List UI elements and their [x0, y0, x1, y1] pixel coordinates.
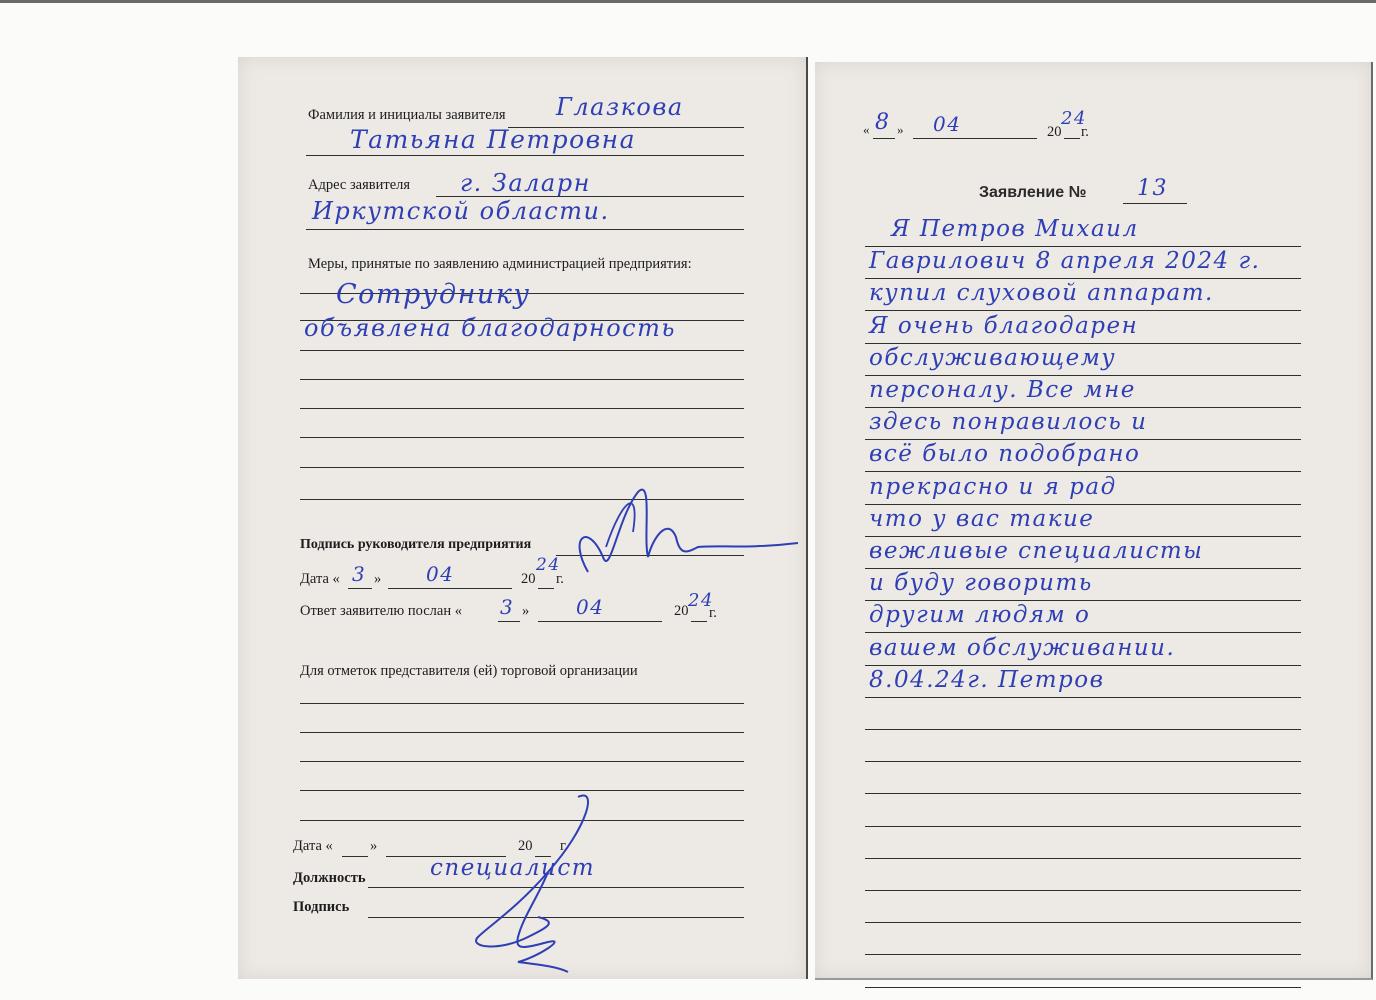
applicant-name-label: Фамилия и инициалы заявителя	[308, 107, 506, 124]
right-date-day-line	[873, 138, 895, 139]
applicant-address-label: Адрес заявителя	[308, 177, 410, 194]
statement-handwritten-line: здесь понравилось и	[869, 409, 1147, 435]
statement-ruled-line	[865, 471, 1301, 472]
right-date-year-suffix: г.	[1081, 124, 1089, 141]
statement-handwritten-line: купил слуховой аппарат.	[869, 280, 1214, 306]
measures-line-7	[300, 467, 744, 468]
statement-ruled-line	[865, 890, 1301, 891]
position-label: Должность	[293, 870, 366, 887]
reply-year-prefix: 20	[674, 603, 689, 620]
statement-handwritten-line: обслуживающему	[869, 345, 1116, 371]
date-label: Дата «	[300, 571, 340, 588]
statement-handwritten-line: персоналу. Все мне	[869, 377, 1136, 403]
reply-quote-close: »	[522, 603, 529, 620]
applicant-name-line-2	[306, 155, 744, 156]
date-year-prefix: 20	[521, 571, 536, 588]
date-month-line	[388, 588, 512, 589]
statement-title: Заявление №	[979, 184, 1086, 202]
statement-ruled-line	[865, 310, 1301, 311]
reply-day-handwriting: 3	[500, 595, 514, 619]
right-date-year-prefix: 20	[1047, 124, 1062, 141]
statement-handwritten-line: что у вас такие	[869, 506, 1094, 532]
manager-signature-label: Подпись руководителя предприятия	[300, 537, 531, 553]
reply-month-line	[538, 621, 662, 622]
statement-handwritten-line: вежливые специалисты	[869, 538, 1203, 564]
measures-line-5	[300, 408, 744, 409]
date-day-handwriting: 3	[352, 562, 366, 586]
bottom-date-label: Дата «	[293, 838, 333, 855]
date-quote-close: »	[374, 571, 381, 588]
statement-handwritten-line: Я очень благодарен	[869, 313, 1138, 339]
right-date-month-handwriting: 04	[933, 112, 961, 136]
right-date-month-line	[913, 138, 1037, 139]
signature-label: Подпись	[293, 899, 349, 916]
statement-number-handwriting: 13	[1137, 176, 1168, 201]
right-date-quote-open: «	[863, 122, 870, 138]
statement-handwritten-line: Гаврилович 8 апреля 2024 г.	[869, 248, 1260, 274]
statement-handwritten-line: прекрасно и я рад	[869, 474, 1117, 500]
representative-signature-scribble	[448, 787, 608, 987]
applicant-firstname-handwriting: Татьяна Петровна	[350, 125, 636, 154]
reply-day-line	[498, 621, 520, 622]
statement-ruled-line	[865, 761, 1301, 762]
rep-notes-line-2	[300, 732, 744, 733]
statement-handwritten-line: 8.04.24г. Петров	[869, 667, 1104, 693]
date-year-suffix: г.	[556, 571, 564, 588]
statement-handwritten-line: и буду говорить	[869, 570, 1093, 596]
manager-signature-scribble	[548, 477, 808, 587]
statement-ruled-line	[865, 632, 1301, 633]
right-date-day-handwriting: 8	[875, 110, 891, 135]
statement-ruled-line	[865, 987, 1301, 988]
applicant-surname-handwriting: Глазкова	[556, 93, 684, 121]
rep-notes-line-1	[300, 703, 744, 704]
rep-notes-line-3	[300, 761, 744, 762]
measures-line-3	[300, 350, 744, 351]
left-page: Фамилия и инициалы заявителя Глазкова Та…	[238, 57, 808, 979]
right-date-year-line	[1064, 138, 1080, 139]
statement-ruled-line	[865, 954, 1301, 955]
bottom-date-day-line	[342, 856, 368, 857]
measures-line-4	[300, 379, 744, 380]
date-month-handwriting: 04	[426, 562, 454, 586]
reply-year-line	[691, 621, 707, 622]
statement-handwritten-line: другим людям о	[869, 602, 1090, 628]
applicant-address-line-2	[306, 229, 744, 230]
statement-ruled-line	[865, 922, 1301, 923]
date-day-line	[348, 588, 372, 589]
rep-notes-label: Для отметок представителя (ей) торговой …	[300, 663, 638, 680]
statement-handwritten-line: вашем обслуживании.	[869, 635, 1175, 661]
statement-ruled-line	[865, 697, 1301, 698]
right-page: « 8 » 04 20 24 г. Заявление № 13 Я Петро…	[815, 62, 1373, 980]
statement-ruled-line	[865, 793, 1301, 794]
statement-ruled-line	[865, 826, 1301, 827]
scan-edge	[0, 0, 1376, 3]
reply-year-suffix: г.	[709, 605, 717, 622]
statement-ruled-line	[865, 729, 1301, 730]
statement-handwritten-line: всё было подобрано	[869, 441, 1140, 467]
measures-handwriting-2: объявлена благодарность	[304, 314, 676, 342]
bottom-date-quote-close: »	[370, 838, 377, 855]
measures-line-6	[300, 437, 744, 438]
measures-handwriting-1: Сотруднику	[336, 279, 531, 310]
reply-month-handwriting: 04	[576, 595, 604, 619]
applicant-address-handwriting-1: г. Заларн	[460, 169, 591, 197]
statement-ruled-line	[865, 858, 1301, 859]
date-year-line	[538, 588, 554, 589]
reply-label: Ответ заявителю послан «	[300, 603, 462, 620]
statement-number-line	[1123, 203, 1187, 204]
applicant-address-handwriting-2: Иркутской области.	[312, 197, 610, 225]
right-date-quote-close: »	[897, 122, 904, 138]
statement-handwritten-line: Я Петров Михаил	[891, 216, 1139, 242]
measures-label: Меры, принятые по заявлению администраци…	[308, 256, 692, 273]
